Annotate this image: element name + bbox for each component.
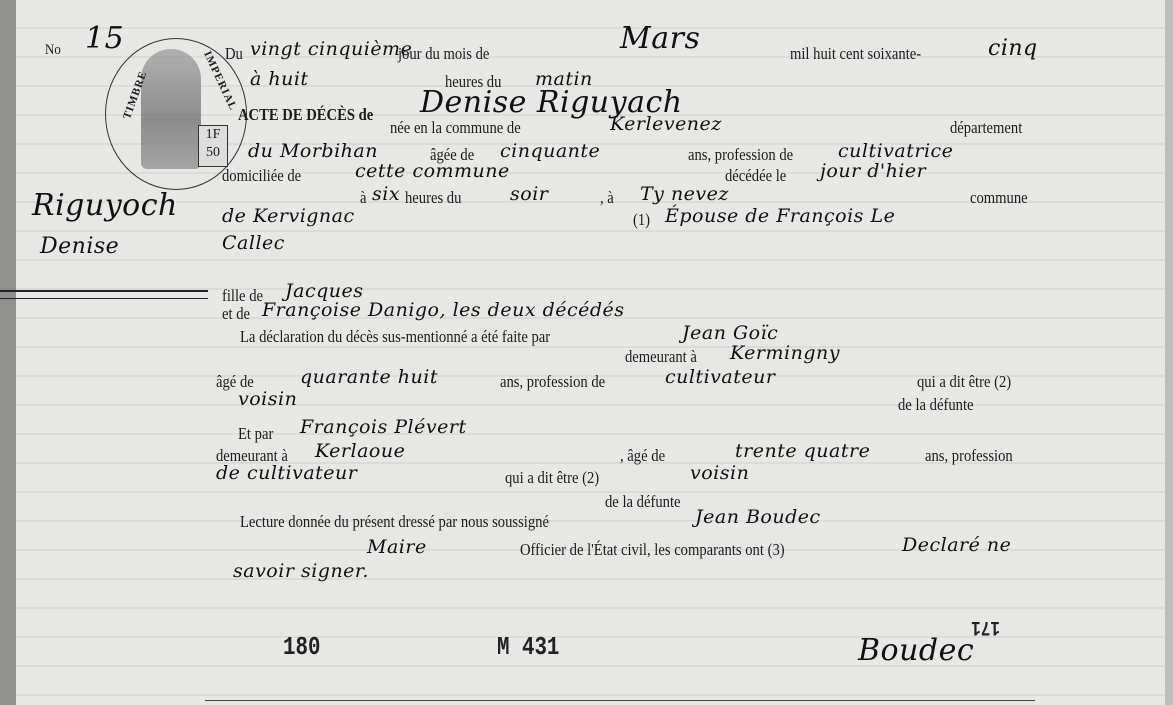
declarant1-profession: cultivateur	[665, 366, 775, 388]
declarant2-name: François Plévert	[300, 416, 467, 438]
profession-label: ans, profession de	[688, 145, 793, 165]
death-place: Ty nevez	[640, 183, 729, 205]
declarant1-age: quarante huit	[300, 366, 438, 388]
hour-value: à huit	[250, 68, 309, 90]
daughter-label: fille de	[222, 286, 263, 306]
death-date-label: décédée le	[725, 166, 786, 186]
margin-surname: Riguyoch	[32, 195, 178, 217]
declarant2-residence: Kerlaoue	[315, 440, 405, 462]
witness-statement: Declaré ne	[902, 534, 1011, 556]
declarant1-name: Jean Goïc	[682, 322, 778, 344]
department-value: du Morbihan	[248, 140, 378, 162]
line1-prefix: Du	[225, 44, 243, 64]
commune-label: commune	[970, 188, 1028, 208]
declarant2-age: trente quatre	[735, 440, 870, 462]
year-value: cinq	[988, 38, 1038, 60]
declarant1-residence-label: demeurant à	[625, 347, 697, 367]
justice-figure-icon	[141, 49, 201, 169]
domicile-label: domiciliée de	[222, 166, 301, 186]
record-title: ACTE DE DÉCÈS de	[238, 105, 373, 125]
department-label: département	[950, 118, 1022, 138]
mother-name: Françoise Danigo, les deux décédés	[262, 299, 625, 321]
birth-commune: Kerlevenez	[610, 113, 722, 135]
time-prefix: à	[360, 188, 366, 208]
officer-role: Maire	[367, 536, 427, 558]
declarant2-relation: voisin	[690, 462, 749, 484]
margin-divider	[0, 290, 208, 299]
declarant2-age-label: , âgé de	[620, 446, 665, 466]
note-1: (1)	[633, 210, 650, 230]
declaration-label: La déclaration du décès sus-mentionné a …	[240, 327, 550, 347]
declarant2-profession: de cultivateur	[216, 462, 357, 484]
profession-value: cultivatrice	[838, 140, 953, 162]
stamp-value: 1F50	[198, 125, 228, 167]
month-value: Mars	[620, 28, 700, 50]
declarant2-deceased-label: de la défunte	[605, 492, 681, 512]
declarant1-deceased-label: de la défunte	[898, 395, 974, 415]
register-number: 180	[283, 632, 320, 662]
margin-given-name: Denise	[40, 236, 119, 258]
page-edge-right	[1165, 0, 1173, 705]
declarant1-relation-label: qui a dit être (2)	[917, 372, 1011, 392]
archive-number: M 431	[497, 632, 559, 662]
death-date-value: jour d'hier	[820, 160, 926, 182]
time-mid: heures du	[405, 188, 461, 208]
page-edge	[0, 0, 16, 705]
mother-label: et de	[222, 304, 250, 324]
declarant2-relation-label: qui a dit être (2)	[505, 468, 599, 488]
officer-name: Jean Boudec	[695, 506, 821, 528]
domicile-value: cette commune	[355, 160, 510, 182]
death-period: soir	[510, 183, 548, 205]
declarant2-label: Et par	[238, 424, 273, 444]
spouse-surname: Callec	[222, 232, 285, 254]
line1-mid: jour du mois de	[398, 44, 489, 64]
declarant1-relation: voisin	[238, 388, 297, 410]
day-value: vingt cinquième	[250, 38, 412, 60]
witness-statement-cont: savoir signer.	[233, 560, 369, 582]
bottom-rule	[205, 700, 1035, 701]
spouse-relation: Épouse de François Le	[665, 205, 895, 227]
spouse-commune: de Kervignac	[222, 205, 355, 227]
mayor-signature: Boudec	[858, 640, 974, 662]
declarant2-profession-label: ans, profession	[925, 446, 1013, 466]
birth-label: née en la commune de	[390, 118, 521, 138]
place-prefix: , à	[600, 188, 614, 208]
age-value: cinquante	[500, 140, 600, 162]
year-prefix: mil huit cent soixante-	[790, 44, 921, 64]
deceased-name: Denise Riguyach	[420, 92, 683, 114]
reading-label: Lecture donnée du présent dressé par nou…	[240, 512, 549, 532]
declarant1-residence: Kermingny	[730, 342, 840, 364]
declarant1-profession-label: ans, profession de	[500, 372, 605, 392]
record-number: 15	[85, 28, 124, 50]
officer-label: Officier de l'État civil, les comparants…	[520, 540, 785, 560]
record-number-label: No	[45, 40, 61, 60]
page-number: 171	[971, 615, 1000, 638]
death-hour: six	[372, 183, 400, 205]
